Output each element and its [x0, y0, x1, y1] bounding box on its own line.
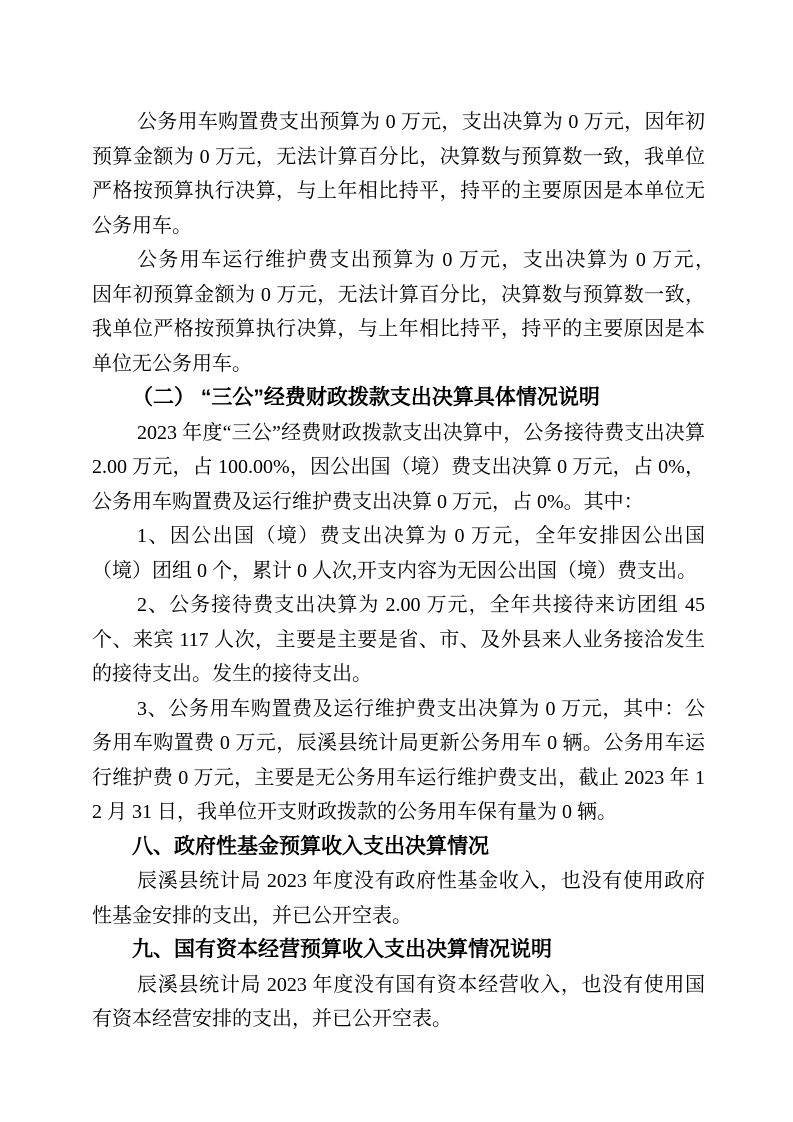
list-item-vehicle-expense: 3、公务用车购置费及运行维护费支出决算为 0 万元，其中：公务用车购置费 0 万…	[92, 692, 705, 830]
paragraph-government-fund: 辰溪县统计局 2023 年度没有政府性基金收入，也没有使用政府性基金安排的支出，…	[92, 864, 705, 933]
paragraph-vehicle-purchase-budget: 公务用车购置费支出预算为 0 万元，支出决算为 0 万元，因年初预算金额为 0 …	[92, 105, 705, 243]
document-page: 公务用车购置费支出预算为 0 万元，支出决算为 0 万元，因年初预算金额为 0 …	[0, 0, 793, 1122]
paragraph-vehicle-maintenance-budget: 公务用车运行维护费支出预算为 0 万元，支出决算为 0 万元， 因年初预算金额为…	[92, 243, 705, 381]
heading-government-fund: 八、政府性基金预算收入支出决算情况	[92, 830, 705, 865]
heading-state-capital: 九、国有资本经营预算收入支出决算情况说明	[92, 933, 705, 968]
paragraph-state-capital: 辰溪县统计局 2023 年度没有国有资本经营收入，也没有使用国有资本经营安排的支…	[92, 968, 705, 1037]
list-item-overseas-trips: 1、因公出国（境）费支出决算为 0 万元，全年安排因公出国（境）团组 0 个，累…	[92, 519, 705, 588]
paragraph-three-public-summary: 2023 年度“三公”经费财政拨款支出决算中，公务接待费支出决算 2.00 万元…	[92, 416, 705, 520]
heading-three-public-expense-detail: （二） “三公”经费财政拨款支出决算具体情况说明	[92, 381, 705, 416]
list-item-official-reception: 2、公务接待费支出决算为 2.00 万元，全年共接待来访团组 45 个、来宾 1…	[92, 588, 705, 692]
